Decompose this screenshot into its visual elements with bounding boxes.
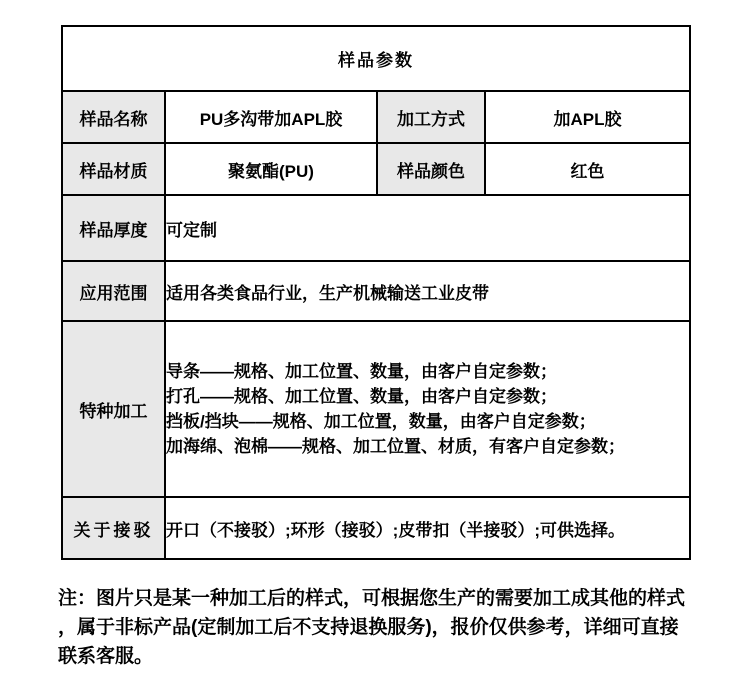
label-sample-thickness: 样品厚度 [62,195,165,261]
label-process-method: 加工方式 [377,91,485,143]
value-sample-thickness: 可定制 [165,195,690,261]
label-sample-color: 样品颜色 [377,143,485,195]
table-row-application: 应用范围 适用各类食品行业，生产机械输送工业皮带 [62,261,690,321]
page-title: 样品参数 [62,26,690,91]
value-joining: 开口（不接驳）;环形（接驳）;皮带扣（半接驳）;可供选择。 [165,497,690,559]
table-row-material-color: 样品材质 聚氨酯(PU) 样品颜色 红色 [62,143,690,195]
value-process-method: 加APL胶 [485,91,690,143]
special-processing-line: 加海绵、泡棉——规格、加工位置、材质，有客户自定参数； [166,434,689,459]
value-sample-name: PU多沟带加APL胶 [165,91,377,143]
table-row-special-processing: 特种加工 导条——规格、加工位置、数量，由客户自定参数； 打孔——规格、加工位置… [62,321,690,497]
spec-sheet-page: 样品参数 样品名称 PU多沟带加APL胶 加工方式 加APL胶 样品材质 聚氨酯… [0,0,750,693]
label-sample-material: 样品材质 [62,143,165,195]
special-processing-line: 挡板/挡块——规格、加工位置，数量，由客户自定参数； [166,409,689,434]
special-processing-line: 打孔——规格、加工位置、数量，由客户自定参数； [166,384,689,409]
label-special-processing: 特种加工 [62,321,165,497]
table-row-thickness: 样品厚度 可定制 [62,195,690,261]
footnote-line: 注：图片只是某一种加工后的样式，可根据您生产的需要加工成其他的样式 [58,584,718,613]
spec-table: 样品参数 样品名称 PU多沟带加APL胶 加工方式 加APL胶 样品材质 聚氨酯… [61,25,691,560]
table-row-name-process: 样品名称 PU多沟带加APL胶 加工方式 加APL胶 [62,91,690,143]
title-row: 样品参数 [62,26,690,91]
table-row-joining: 关于接驳 开口（不接驳）;环形（接驳）;皮带扣（半接驳）;可供选择。 [62,497,690,559]
label-joining: 关于接驳 [62,497,165,559]
value-sample-color: 红色 [485,143,690,195]
footnote: 注：图片只是某一种加工后的样式，可根据您生产的需要加工成其他的样式 ，属于非标产… [58,584,718,671]
special-processing-line: 导条——规格、加工位置、数量，由客户自定参数； [166,359,689,384]
value-application-scope: 适用各类食品行业，生产机械输送工业皮带 [165,261,690,321]
value-special-processing: 导条——规格、加工位置、数量，由客户自定参数； 打孔——规格、加工位置、数量，由… [165,321,690,497]
footnote-line: ，属于非标产品(定制加工后不支持退换服务)，报价仅供参考，详细可直接 [58,613,718,642]
label-sample-name: 样品名称 [62,91,165,143]
label-application-scope: 应用范围 [62,261,165,321]
value-sample-material: 聚氨酯(PU) [165,143,377,195]
footnote-line: 联系客服。 [58,642,718,671]
